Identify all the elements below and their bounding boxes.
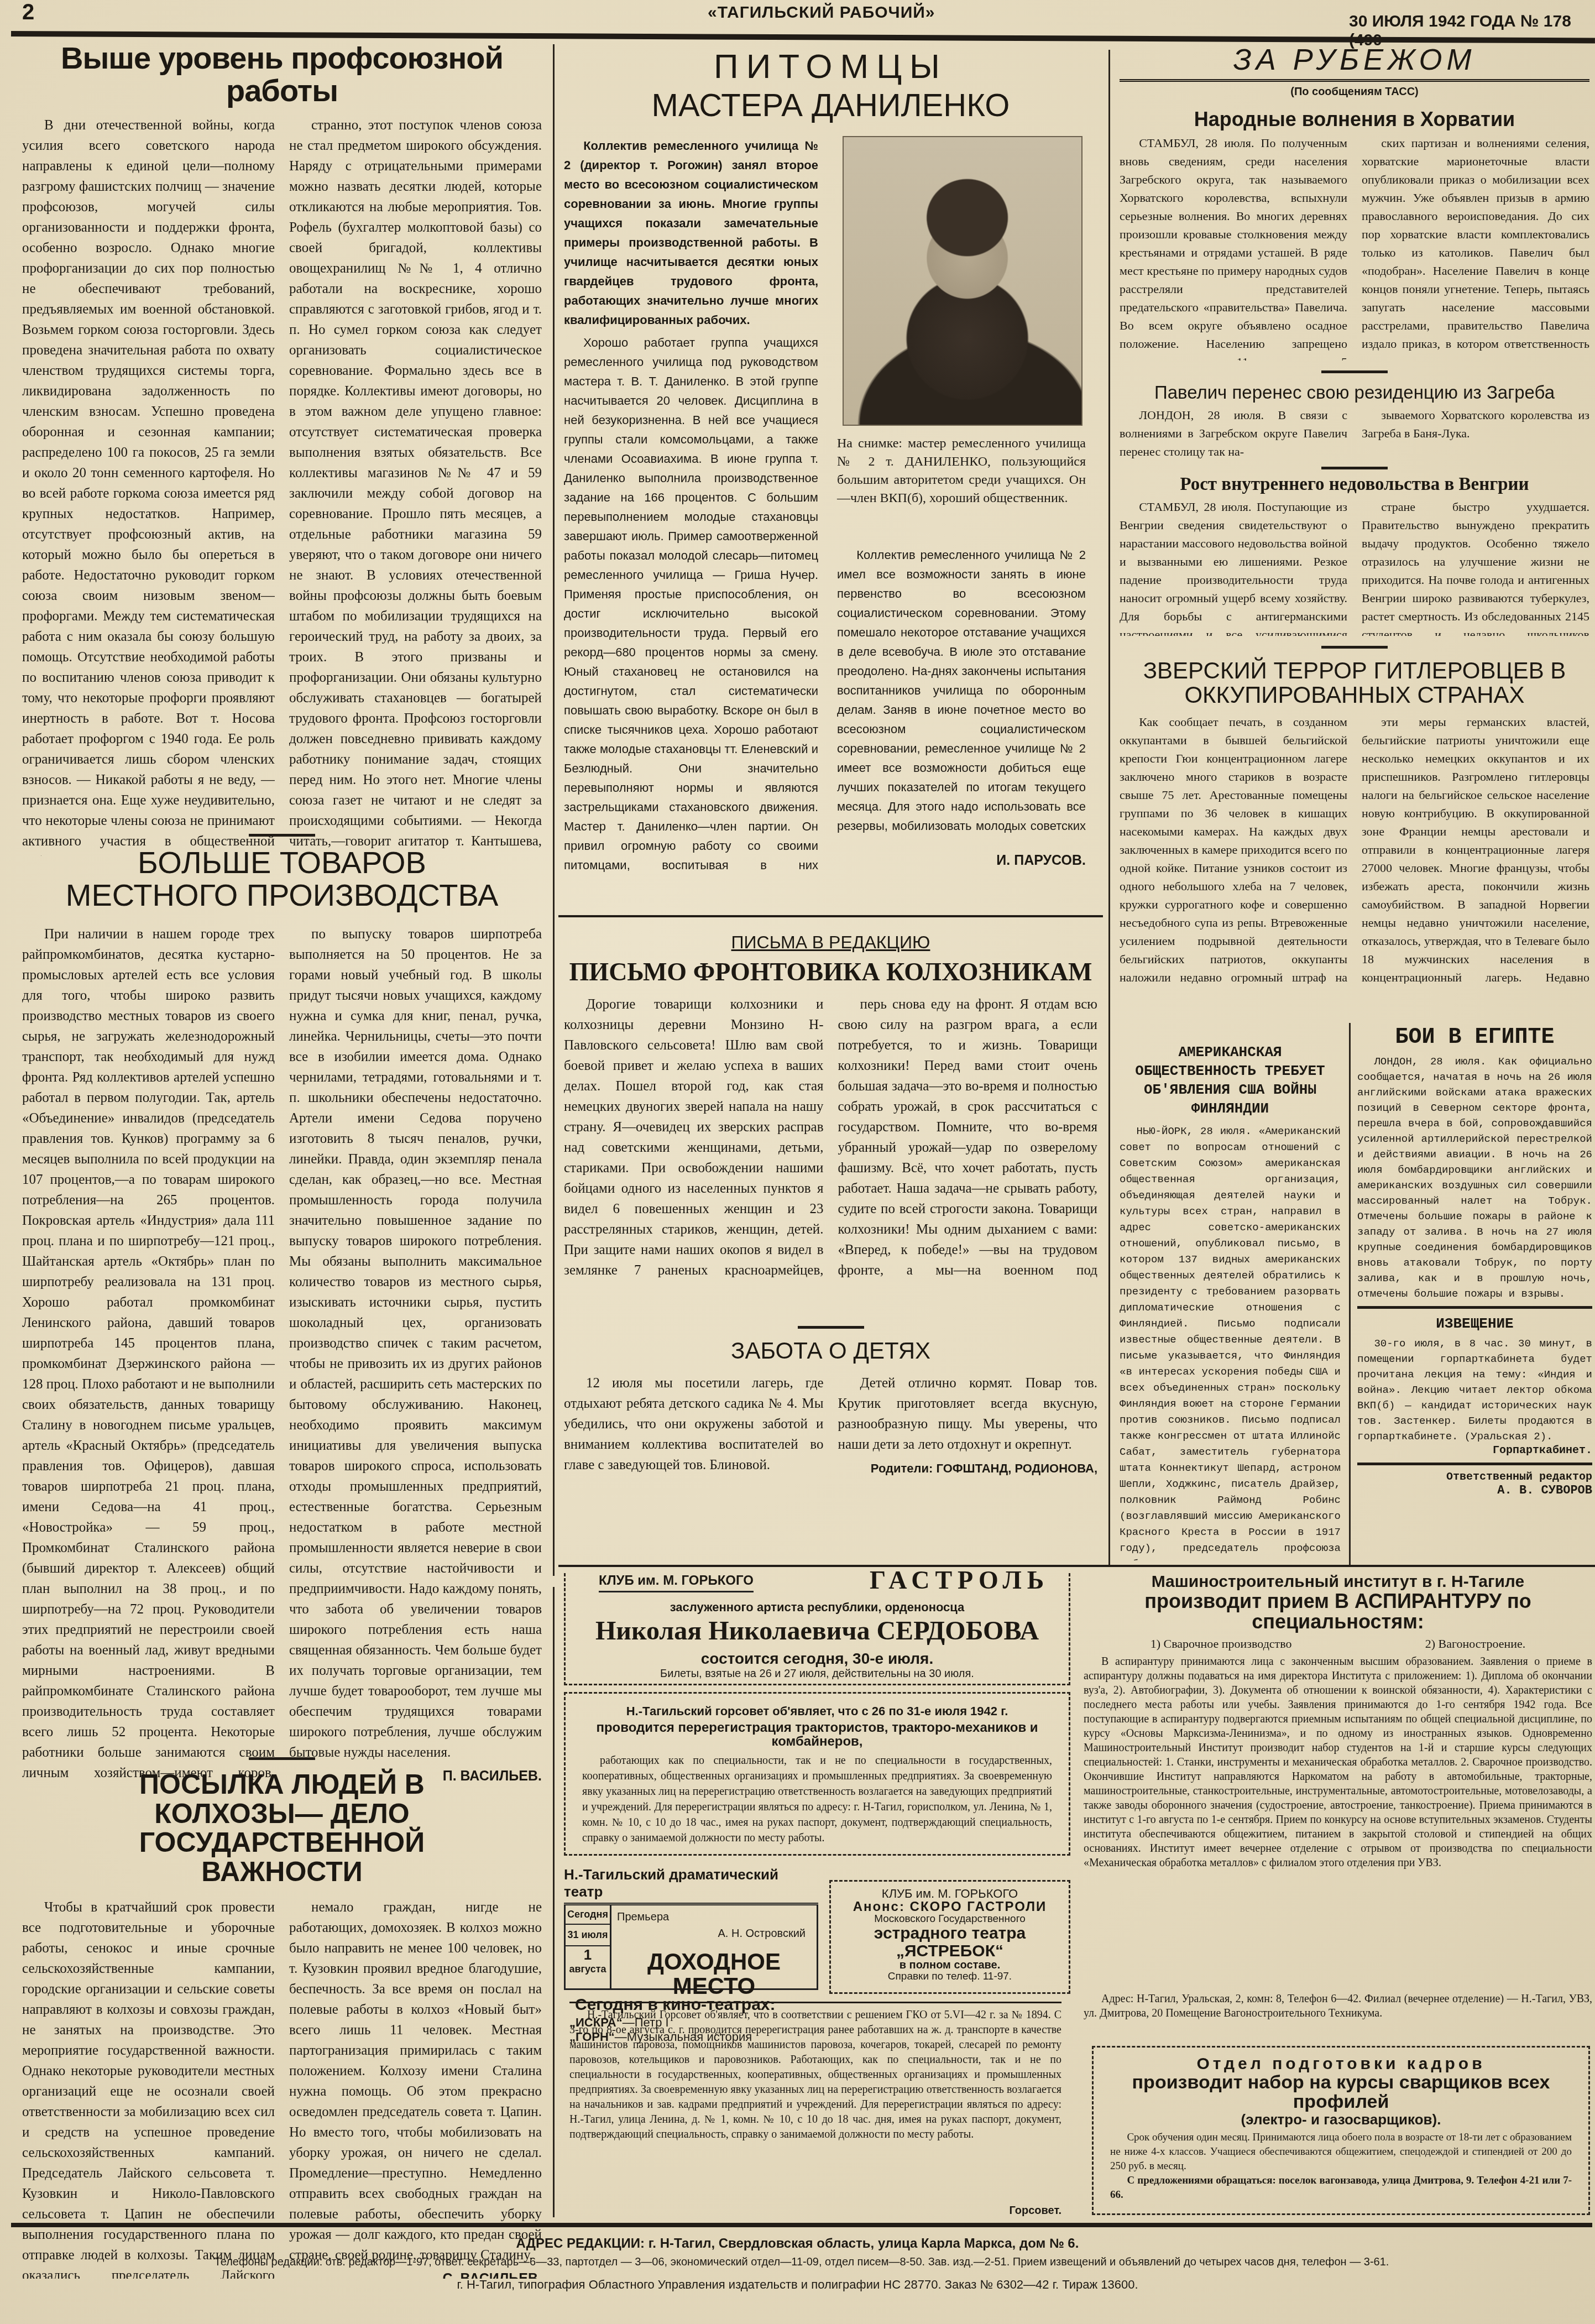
kicker: ПИТОМЦЫ bbox=[564, 49, 1097, 85]
author: А. Н. Островский bbox=[718, 1928, 806, 1940]
editor-label: Ответственный редактор bbox=[1357, 1471, 1592, 1484]
article-column: эти меры германских властей, бельгийские… bbox=[1362, 713, 1589, 984]
ad-border bbox=[558, 1565, 1595, 1567]
specialty-1: 1) Сварочное производство bbox=[1151, 1637, 1292, 1651]
notice-headline: ИЗВЕЩЕНИЕ bbox=[1357, 1317, 1592, 1331]
photo-caption: На снимке: мастер ремесленного училища №… bbox=[837, 435, 1086, 508]
premiere-label: Премьера bbox=[617, 1911, 669, 1924]
headline: Народные волнения в Хорватии bbox=[1120, 109, 1589, 130]
ad-body: В аспирантуру принимаются лица с законче… bbox=[1084, 1654, 1592, 1992]
headline: АМЕРИКАНСКАЯ ОБЩЕСТВЕННОСТЬ ТРЕБУЕТ ОБ'Я… bbox=[1120, 1043, 1341, 1118]
page-number: 2 bbox=[22, 0, 34, 25]
article-kolkhoz: ПОСЫЛКА ЛЮДЕЙ В КОЛХОЗЫ— ДЕЛО ГОСУДАРСТВ… bbox=[22, 1747, 542, 2279]
article-column: При наличии в нашем городе трех райпромк… bbox=[22, 924, 275, 1787]
ad-title: проводится перерегистрация трактористов,… bbox=[588, 1721, 1047, 1748]
separator bbox=[1321, 467, 1388, 469]
ad-intro: Н.-Тагильский горсовет об'являет, что с … bbox=[588, 1705, 1047, 1717]
ad-title: ГАСТРОЛЬ bbox=[870, 1565, 1049, 1595]
play-title: ДОХОДНОЕ МЕСТО bbox=[611, 1950, 817, 1998]
date-2-month: августа bbox=[566, 1963, 610, 1975]
editorial-phones: Телефоны редакции: отв. редактор—1-97, о… bbox=[22, 2256, 1581, 2269]
ad-reregistration: Н.-Тагильский горсовет об'являет, что с … bbox=[564, 1692, 1070, 1856]
column-divider bbox=[553, 44, 555, 1576]
headline: БОЛЬШЕ ТОВАРОВ МЕСТНОГО ПРОИЗВОДСТВА bbox=[61, 847, 503, 912]
ad-contact: С предложениями обращаться: поселок ваго… bbox=[1110, 2174, 1572, 2202]
headline: БОИ В ЕГИПТЕ bbox=[1357, 1026, 1592, 1049]
club-name: КЛУБ им. М. ГОРЬКОГО bbox=[831, 1887, 1069, 1900]
announcement-sub: Московского Государственного bbox=[831, 1914, 1069, 1925]
artist-name: Николая Николаевича СЕРДОБОВА bbox=[566, 1617, 1069, 1645]
column-divider bbox=[1108, 50, 1110, 1565]
column-divider bbox=[553, 1587, 555, 2217]
headline: ЗАБОТА О ДЕТЯХ bbox=[564, 1339, 1097, 1363]
separator bbox=[1357, 1463, 1592, 1465]
article-column: Чтобы в кратчайший срок провести все под… bbox=[22, 1897, 275, 2279]
article-column: Как сообщает печать, в созданном оккупан… bbox=[1120, 713, 1347, 984]
article-column: В дни отечественной войны, когда усилия … bbox=[22, 115, 275, 856]
separator bbox=[249, 834, 315, 837]
article-column: 12 июля мы посетили лагерь, где отдыхают… bbox=[564, 1373, 824, 1484]
article-trade-union: Выше уровень профсоюзной работы В дни от… bbox=[22, 39, 542, 856]
specialty-2: 2) Вагоностроение. bbox=[1425, 1637, 1526, 1651]
full-cast: в полном составе. bbox=[831, 1960, 1069, 1971]
ad-subtitle: производит прием В АСПИРАНТУРУ по специа… bbox=[1084, 1591, 1592, 1633]
today-label: Сегодня bbox=[566, 1905, 610, 1925]
article-column: странно, этот поступок членов союза не с… bbox=[289, 115, 542, 856]
article-pupils: ПИТОМЦЫ МАСТЕРА ДАНИЛЕНКО Коллектив реме… bbox=[564, 44, 1097, 877]
ad-body: Н.-Тагильский Горсовет об'являет, что в … bbox=[569, 2008, 1061, 2201]
column-divider bbox=[1349, 1023, 1351, 1565]
article-body: НЬЮ-ЙОРК, 28 июля. «Американский совет п… bbox=[1120, 1124, 1341, 1560]
author-signature: И. ПАРУСОВ. bbox=[996, 853, 1086, 869]
article-column: СТАМБУЛ, 28 июля. Поступающие из Венгрии… bbox=[1120, 498, 1347, 636]
article-america: АМЕРИКАНСКАЯ ОБЩЕСТВЕННОСТЬ ТРЕБУЕТ ОБ'Я… bbox=[1120, 1028, 1341, 1560]
separator bbox=[569, 2002, 1061, 2003]
separator bbox=[1321, 646, 1388, 649]
ad-yastrebok: КЛУБ им. М. ГОРЬКОГО Анонс: СКОРО ГАСТРО… bbox=[829, 1880, 1070, 1994]
rubric: ЗА РУБЕЖОМ bbox=[1120, 44, 1589, 82]
article-column: Детей отлично кормят. Повар тов. Крутик … bbox=[838, 1373, 1098, 1484]
ad-welders: Отдел подготовки кадров производит набор… bbox=[1092, 2046, 1590, 2215]
phone: Справки по телеф. 11-97. bbox=[831, 1971, 1069, 1982]
notice-body: 30-го июля, в 8 час. 30 минут, в помещен… bbox=[1357, 1336, 1592, 1444]
ad-title: производит набор на курсы сварщиков всех… bbox=[1094, 2073, 1588, 2112]
article-column: СТАМБУЛ, 28 июля. По полученным вновь св… bbox=[1120, 134, 1347, 361]
article-egypt: БОИ В ЕГИПТЕ ЛОНДОН, 28 июля. Как официа… bbox=[1357, 1023, 1592, 1497]
article-column: зываемого Хорватского королевства из Заг… bbox=[1362, 406, 1589, 461]
ad-body: работающих как по специальности, так и н… bbox=[582, 1753, 1052, 1847]
article-local-goods: БОЛЬШЕ ТОВАРОВ МЕСТНОГО ПРОИЗВОДСТВА При… bbox=[22, 824, 542, 1787]
date-2: 1 bbox=[566, 1946, 610, 1963]
article-column: стране быстро ухудшается. Правительство … bbox=[1362, 498, 1589, 636]
letter-to-editor: ПИСЬМА В РЕДАКЦИЮ ПИСЬМО ФРОНТОВИКА КОЛХ… bbox=[564, 923, 1097, 1282]
source: (По сообщениям ТАСС) bbox=[1120, 86, 1589, 98]
performance-date: состоится сегодня, 30-е июля. bbox=[566, 1651, 1069, 1667]
announcement: Анонс: СКОРО ГАСТРОЛИ bbox=[831, 1900, 1069, 1914]
article-children: ЗАБОТА О ДЕТЯХ 12 июля мы посетили лагер… bbox=[564, 1316, 1097, 1484]
newspaper-name: «ТАГИЛЬСКИЙ РАБОЧИЙ» bbox=[708, 3, 935, 22]
portrait-photo bbox=[843, 136, 1082, 426]
article-column: немало граждан, нигде не работающих, дом… bbox=[289, 1897, 542, 2279]
headline: ПОСЫЛКА ЛЮДЕЙ В КОЛХОЗЫ— ДЕЛО ГОСУДАРСТВ… bbox=[100, 1770, 464, 1886]
article-column: Дорогие товарищи колхозники и колхозницы… bbox=[564, 994, 824, 1282]
ad-machinists: Н.-Тагильский Горсовет об'являет, что в … bbox=[569, 2002, 1061, 2217]
article-column: ских партизан и волнениями селения, хорв… bbox=[1362, 134, 1589, 361]
separator bbox=[249, 1757, 315, 1760]
headline: Рост внутреннего недовольства в Венгрии bbox=[1120, 475, 1589, 494]
article-column: ЛОНДОН, 28 июля. В связи с волнениями в … bbox=[1120, 406, 1347, 461]
date-1: 31 июля bbox=[566, 1925, 610, 1946]
lead-paragraph: Коллектив ремесленного училища № 2 (дире… bbox=[564, 136, 818, 330]
ad-institute: Машиностроительный институт в г. Н-Тагил… bbox=[1084, 1573, 1592, 2020]
separator bbox=[1321, 370, 1388, 373]
article-column: Хорошо работает группа учащихся ремеслен… bbox=[564, 333, 818, 877]
club-name: КЛУБ им. М. ГОРЬКОГО bbox=[599, 1573, 754, 1592]
ad-line3: (электро- и газосварщиков). bbox=[1094, 2112, 1588, 2127]
ad-subtitle: заслуженного артиста республики, орденон… bbox=[566, 1601, 1069, 1613]
ad-signature: Горсовет. bbox=[569, 2205, 1061, 2217]
ad-gastrol: КЛУБ им. М. ГОРЬКОГО ГАСТРОЛЬ заслуженно… bbox=[564, 1573, 1070, 1685]
printer-info: г. Н-Тагил, типография Областного Управл… bbox=[0, 2278, 1595, 2291]
theatre-title: эстрадного театра „ЯСТРЕБОК“ bbox=[831, 1925, 1069, 1960]
editorial-address: АДРЕС РЕДАКЦИИ: г. Н-Тагил, Свердловская… bbox=[0, 2237, 1595, 2250]
headline: Выше уровень профсоюзной работы bbox=[22, 42, 542, 107]
theatre-name: Н.-Тагильский драматический театр bbox=[564, 1866, 818, 1905]
article-column: по выпуску товаров ширпотреба выполняетс… bbox=[289, 924, 542, 1787]
tickets-note: Билеты, взятые на 26 и 27 июля, действит… bbox=[566, 1668, 1069, 1680]
abroad-section: ЗА РУБЕЖОМ (По сообщениям ТАСС) Народные… bbox=[1120, 44, 1589, 984]
ad-title: Машиностроительный институт в г. Н-Тагил… bbox=[1084, 1573, 1592, 1591]
article-body: ЛОНДОН, 28 июля. Как официально сообщает… bbox=[1357, 1054, 1592, 1303]
editor-name: А. В. СУВОРОВ bbox=[1357, 1484, 1592, 1497]
article-column: Коллектив ремесленного училища № 2 имел … bbox=[837, 545, 1086, 833]
ad-address: Адрес: Н-Тагил, Уральская, 2, комн: 8, Т… bbox=[1084, 1992, 1592, 2020]
ad-body: Срок обучения один месяц. Принимаются ли… bbox=[1110, 2130, 1572, 2174]
ad-line1: Отдел подготовки кадров bbox=[1094, 2055, 1588, 2073]
headline: ПИСЬМО ФРОНТОВИКА КОЛХОЗНИКАМ bbox=[564, 959, 1097, 985]
box-border bbox=[558, 915, 1103, 917]
article-column: перь снова еду на фронт. Я отдам всю сво… bbox=[838, 994, 1098, 1282]
headline: ЗВЕРСКИЙ ТЕРРОР ГИТЛЕРОВЦЕВ В ОККУПИРОВА… bbox=[1142, 659, 1567, 707]
notice-signature: Горпарткабинет. bbox=[1357, 1444, 1592, 1457]
separator bbox=[798, 1326, 864, 1329]
separator bbox=[1357, 1306, 1592, 1309]
rubric: ПИСЬМА В РЕДАКЦИЮ bbox=[564, 933, 1097, 952]
footer-rule bbox=[11, 2223, 1592, 2227]
headline: МАСТЕРА ДАНИЛЕНКО bbox=[564, 89, 1097, 123]
headline: Павелич перенес свою резиденцию из Загре… bbox=[1120, 383, 1589, 403]
author-signature: Родители: ГОФШТАНД, РОДИОНОВА, БЛАГОНРАВ… bbox=[838, 1458, 1098, 1484]
